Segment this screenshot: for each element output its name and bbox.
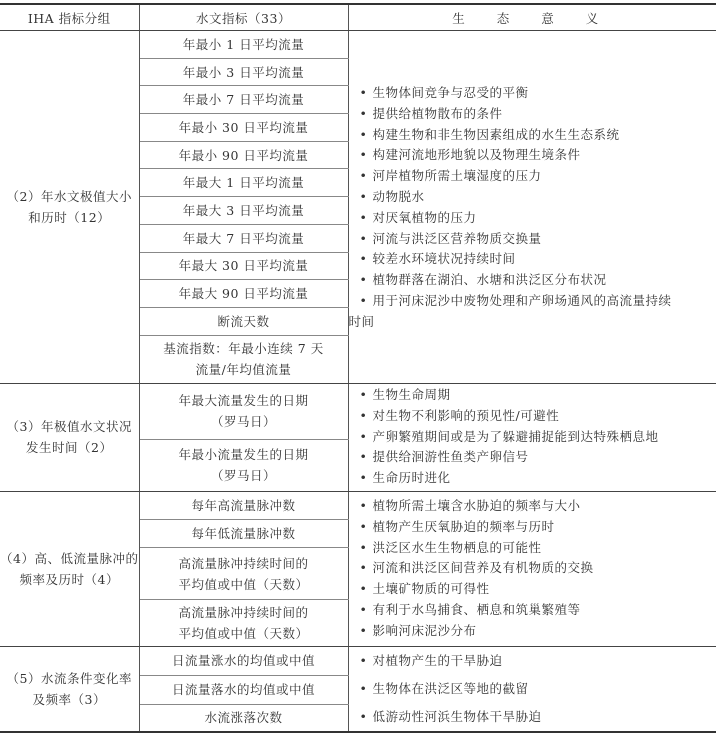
indicator-line2: 平均值或中值（天数） — [140, 623, 348, 644]
list-item-wrap: 时间 — [349, 312, 711, 333]
indicator-cell: 水流涨落次数 — [139, 704, 348, 732]
indicator-cell: 年最小 90 日平均流量 — [139, 141, 348, 169]
group-cell: （2）年水文极值大小 和历时（12） — [0, 31, 139, 384]
indicator-cell: 每年低流量脉冲数 — [139, 520, 348, 548]
group-name-line2: 和历时（12） — [0, 207, 139, 228]
indicator-cell: 年最大 1 日平均流量 — [139, 169, 348, 197]
list-item: 提供给植物散布的条件 — [349, 104, 711, 125]
header-row: IHA 指标分组 水文指标（33） 生 态 意 义 — [0, 4, 716, 31]
list-item: 植物群落在湖泊、水塘和洪泛区分布状况 — [349, 270, 711, 291]
list-item: 土壤矿物质的可得性 — [349, 579, 711, 600]
indicator-cell: 年最小流量发生的日期 （罗马日） — [139, 439, 348, 491]
list-item: 构建河流地形地貌以及物理生境条件 — [349, 145, 711, 166]
list-item: 生物体在洪泛区等地的截留 — [349, 675, 711, 703]
indicator-cell: 年最大 7 日平均流量 — [139, 224, 348, 252]
list-item: 动物脱水 — [349, 187, 711, 208]
table-row: （4）高、低流量脉冲的 频率及历时（4） 每年高流量脉冲数 植物所需土壤含水胁迫… — [0, 491, 716, 520]
list-item: 植物产生厌氧胁迫的频率与历时 — [349, 517, 711, 538]
indicator-cell: 基流指数：年最小连续 7 天 流量/年均值流量 — [139, 335, 348, 383]
indicator-cell: 年最大 3 日平均流量 — [139, 197, 348, 225]
list-item: 对厌氧植物的压力 — [349, 208, 711, 229]
significance-list: 生物体间竞争与忍受的平衡 提供给植物散布的条件 构建生物和非生物因素组成的水生生… — [349, 83, 716, 333]
indicator-cell: 年最小 30 日平均流量 — [139, 114, 348, 142]
list-item-text: 用于河床泥沙中废物处理和产卵场通风的高流量持续 — [373, 293, 672, 308]
list-item: 用于河床泥沙中废物处理和产卵场通风的高流量持续时间 — [349, 291, 711, 333]
indicator-cell: 年最大 90 日平均流量 — [139, 280, 348, 308]
group-name-line1: （2）年水文极值大小 — [0, 186, 139, 207]
header-indicator: 水文指标（33） — [139, 4, 348, 31]
list-item: 影响河床泥沙分布 — [349, 621, 711, 642]
group-name-line2: 频率及历时（4） — [0, 569, 139, 590]
indicator-cell: 日流量涨水的均值或中值 — [139, 647, 348, 676]
list-item: 较差水环境状况持续时间 — [349, 249, 711, 270]
indicator-cell: 高流量脉冲持续时间的 平均值或中值（天数） — [139, 548, 348, 600]
indicator-cell: 年最小 1 日平均流量 — [139, 31, 348, 59]
significance-cell: 生物体间竞争与忍受的平衡 提供给植物散布的条件 构建生物和非生物因素组成的水生生… — [348, 31, 716, 384]
table-row: （2）年水文极值大小 和历时（12） 年最小 1 日平均流量 生物体间竞争与忍受… — [0, 31, 716, 59]
list-item: 构建生物和非生物因素组成的水生生态系统 — [349, 125, 711, 146]
list-item: 产卵繁殖期间或是为了躲避捕捉能到达特殊栖息地 — [349, 427, 711, 448]
list-item: 对植物产生的干旱胁迫 — [349, 647, 711, 675]
indicator-cell: 年最大流量发生的日期 （罗马日） — [139, 383, 348, 439]
indicator-line2: 流量/年均值流量 — [140, 359, 348, 380]
table-row: （5）水流条件变化率 及频率（3） 日流量涨水的均值或中值 对植物产生的干旱胁迫… — [0, 647, 716, 676]
indicator-cell: 年最小 3 日平均流量 — [139, 58, 348, 86]
indicator-line1: 基流指数：年最小连续 7 天 — [140, 338, 348, 359]
indicator-line1: 高流量脉冲持续时间的 — [140, 602, 348, 623]
indicator-cell: 日流量落水的均值或中值 — [139, 675, 348, 704]
indicator-line1: 高流量脉冲持续时间的 — [140, 553, 348, 574]
indicator-cell: 断流天数 — [139, 307, 348, 335]
group-name-line1: （5）水流条件变化率 — [0, 668, 139, 689]
list-item: 提供给洄游性鱼类产卵信号 — [349, 447, 711, 468]
indicator-line2: （罗马日） — [140, 465, 348, 486]
list-item: 有利于水鸟捕食、栖息和筑巢繁殖等 — [349, 600, 711, 621]
header-group: IHA 指标分组 — [0, 4, 139, 31]
group-name-line1: （4）高、低流量脉冲的 — [0, 548, 139, 569]
table-row: （3）年极值水文状况 发生时间（2） 年最大流量发生的日期 （罗马日） 生物生命… — [0, 383, 716, 439]
iha-indicator-table: IHA 指标分组 水文指标（33） 生 态 意 义 （2）年水文极值大小 和历时… — [0, 3, 716, 733]
list-item: 低游动性河浜生物体干旱胁迫 — [349, 703, 711, 731]
group-name-line2: 及频率（3） — [0, 689, 139, 710]
list-item: 生物体间竞争与忍受的平衡 — [349, 83, 711, 104]
header-significance-text: 生 态 意 义 — [452, 11, 612, 26]
indicator-cell: 年最大 30 日平均流量 — [139, 252, 348, 280]
list-item: 对生物不利影响的预见性/可避性 — [349, 406, 711, 427]
indicator-line2: （罗马日） — [140, 411, 348, 432]
significance-list: 对植物产生的干旱胁迫 生物体在洪泛区等地的截留 低游动性河浜生物体干旱胁迫 — [349, 647, 716, 731]
group-cell: （4）高、低流量脉冲的 频率及历时（4） — [0, 491, 139, 647]
list-item: 洪泛区水生生物栖息的可能性 — [349, 538, 711, 559]
indicator-cell: 年最小 7 日平均流量 — [139, 86, 348, 114]
header-significance: 生 态 意 义 — [348, 4, 716, 31]
indicator-line1: 年最小流量发生的日期 — [140, 444, 348, 465]
list-item: 河流和洪泛区间营养及有机物质的交换 — [349, 558, 711, 579]
significance-list: 植物所需土壤含水胁迫的频率与大小 植物产生厌氧胁迫的频率与历时 洪泛区水生生物栖… — [349, 496, 716, 642]
group-name-line2: 发生时间（2） — [0, 437, 139, 458]
significance-cell: 对植物产生的干旱胁迫 生物体在洪泛区等地的截留 低游动性河浜生物体干旱胁迫 — [348, 647, 716, 733]
group-name-line1: （3）年极值水文状况 — [0, 416, 139, 437]
indicator-line2: 平均值或中值（天数） — [140, 574, 348, 595]
significance-cell: 植物所需土壤含水胁迫的频率与大小 植物产生厌氧胁迫的频率与历时 洪泛区水生生物栖… — [348, 491, 716, 647]
list-item: 河流与洪泛区营养物质交换量 — [349, 229, 711, 250]
group-cell: （3）年极值水文状况 发生时间（2） — [0, 383, 139, 491]
group-cell: （5）水流条件变化率 及频率（3） — [0, 647, 139, 733]
list-item: 生物生命周期 — [349, 385, 711, 406]
list-item: 生命历时进化 — [349, 468, 711, 489]
significance-list: 生物生命周期 对生物不利影响的预见性/可避性 产卵繁殖期间或是为了躲避捕捉能到达… — [349, 385, 716, 489]
list-item: 植物所需土壤含水胁迫的频率与大小 — [349, 496, 711, 517]
significance-cell: 生物生命周期 对生物不利影响的预见性/可避性 产卵繁殖期间或是为了躲避捕捉能到达… — [348, 383, 716, 491]
indicator-cell: 每年高流量脉冲数 — [139, 491, 348, 520]
indicator-cell: 高流量脉冲持续时间的 平均值或中值（天数） — [139, 600, 348, 647]
indicator-line1: 年最大流量发生的日期 — [140, 390, 348, 411]
list-item: 河岸植物所需土壤湿度的压力 — [349, 166, 711, 187]
